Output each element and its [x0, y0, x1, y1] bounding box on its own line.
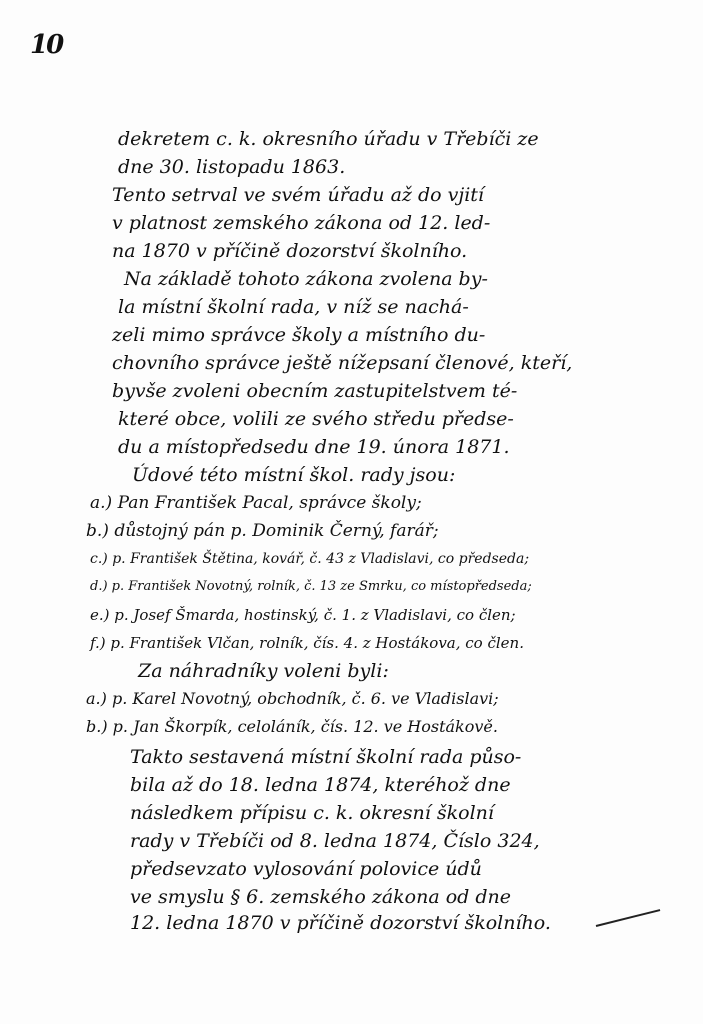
member-list-item: d.) p. František Novotný, rolník, č. 13 …: [90, 576, 532, 598]
substitute-list-item: a.) p. Karel Novotný, obchodník, č. 6. v…: [86, 688, 499, 710]
text-line: Údové této místní škol. rady jsou:: [132, 464, 455, 486]
member-list-item: e.) p. Josef Šmarda, hostinský, č. 1. z …: [90, 604, 516, 626]
text-line: které obce, volili ze svého středu předs…: [118, 408, 514, 430]
text-line: 12. ledna 1870 v příčině dozorství školn…: [130, 912, 551, 934]
text-line: dne 30. listopadu 1863.: [118, 156, 345, 178]
page-number: 10: [30, 30, 62, 60]
text-line: Tento setrval ve svém úřadu až do vjití: [112, 184, 484, 206]
member-list-item: b.) důstojný pán p. Dominik Černý, farář…: [86, 520, 439, 542]
text-line: v platnost zemského zákona od 12. led-: [112, 212, 490, 234]
text-line: Na základě tohoto zákona zvolena by-: [124, 268, 488, 290]
text-line: zeli mimo správce školy a místního du-: [112, 324, 485, 346]
text-line: ve smyslu § 6. zemského zákona od dne: [130, 886, 511, 908]
text-line: byvše zvoleni obecním zastupitelstvem té…: [112, 380, 517, 402]
text-line: rady v Třebíči od 8. ledna 1874, Číslo 3…: [130, 830, 540, 852]
text-line: následkem přípisu c. k. okresní školní: [130, 802, 494, 824]
text-line: Za náhradníky voleni byli:: [138, 660, 389, 682]
text-line: Takto sestavená místní školní rada půso-: [130, 746, 521, 768]
substitute-list-item: b.) p. Jan Škorpík, celoláník, čís. 12. …: [86, 716, 498, 738]
text-line: předsevzato vylosování polovice údů: [130, 858, 482, 880]
member-list-item: c.) p. František Štětina, kovář, č. 43 z…: [90, 548, 529, 570]
text-line: dekretem c. k. okresního úřadu v Třebíči…: [118, 128, 539, 150]
text-line: bila až do 18. ledna 1874, kteréhož dne: [130, 774, 511, 796]
handwritten-page: 10 dekretem c. k. okresního úřadu v Třeb…: [0, 0, 703, 1024]
text-line: na 1870 v příčině dozorství školního.: [112, 240, 467, 262]
text-line: chovního správce ještě nížepsaní členové…: [112, 352, 572, 374]
closing-stroke: [596, 909, 661, 927]
member-list-item: a.) Pan František Pacal, správce školy;: [90, 492, 422, 514]
text-line: du a místopředsedu dne 19. února 1871.: [118, 436, 510, 458]
text-line: la místní školní rada, v níž se nachá-: [118, 296, 469, 318]
member-list-item: f.) p. František Vlčan, rolník, čís. 4. …: [90, 632, 524, 654]
